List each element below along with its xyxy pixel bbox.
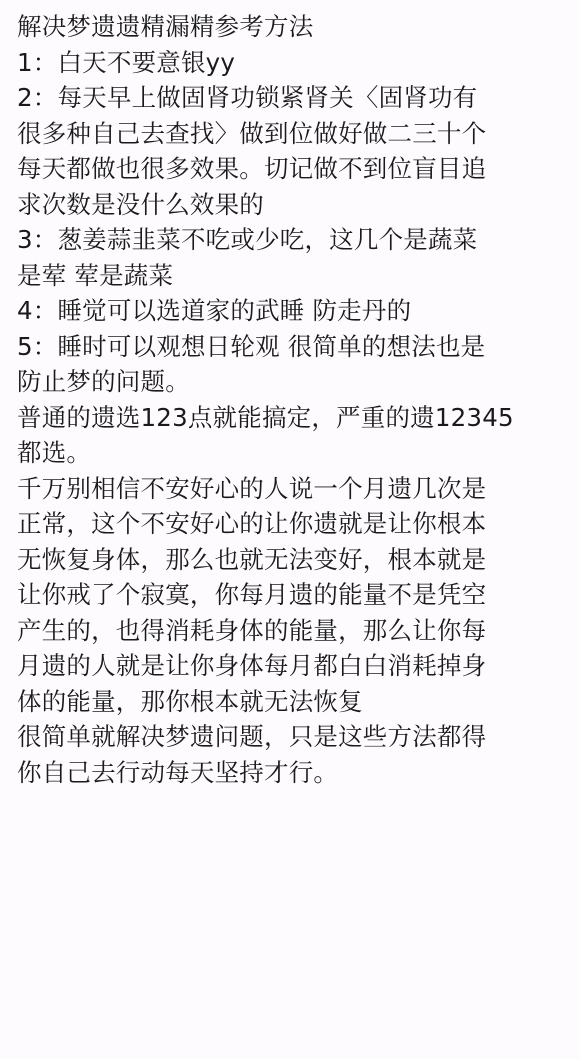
text-line-warning: 千万别相信不安好心的人说一个月遗几次是: [17, 471, 580, 507]
text-line: 体的能量，那你根本就无法恢复: [17, 684, 580, 720]
text-line: 防止梦的问题。: [17, 364, 580, 400]
text-line: 是荤 荤是蔬菜: [17, 258, 580, 294]
text-line-method-1: 1：白天不要意银yy: [17, 45, 580, 81]
text-line-method-3: 3：葱姜蒜韭菜不吃或少吃，这几个是蔬菜: [17, 222, 580, 258]
text-line: 无恢复身体，那么也就无法变好，根本就是: [17, 542, 580, 578]
document-title: 解决梦遗遗精漏精参考方法: [17, 9, 580, 45]
text-line-summary: 普通的遗选123点就能搞定，严重的遗12345: [17, 400, 580, 436]
text-line: 每天都做也很多效果。切记做不到位盲目追: [17, 151, 580, 187]
text-line: 求次数是没什么效果的: [17, 187, 580, 223]
text-line: 让你戒了个寂寞，你每月遗的能量不是凭空: [17, 577, 580, 613]
text-line-method-5: 5：睡时可以观想日轮观 很简单的想法也是: [17, 329, 580, 365]
text-line: 正常，这个不安好心的让你遗就是让你根本: [17, 506, 580, 542]
text-line: 月遗的人就是让你身体每月都白白消耗掉身: [17, 648, 580, 684]
document-body: 解决梦遗遗精漏精参考方法 1：白天不要意银yy 2：每天早上做固肾功锁紧肾关〈固…: [0, 0, 580, 1059]
text-line: 很多种自己去查找〉做到位做好做二三十个: [17, 116, 580, 152]
text-line: 你自己去行动每天坚持才行。: [17, 755, 580, 791]
text-line-method-4: 4：睡觉可以选道家的武睡 防走丹的: [17, 293, 580, 329]
text-line: 都选。: [17, 435, 580, 471]
text-line-conclusion: 很简单就解决梦遗问题，只是这些方法都得: [17, 719, 580, 755]
text-line-method-2: 2：每天早上做固肾功锁紧肾关〈固肾功有: [17, 80, 580, 116]
text-line: 产生的，也得消耗身体的能量，那么让你每: [17, 613, 580, 649]
